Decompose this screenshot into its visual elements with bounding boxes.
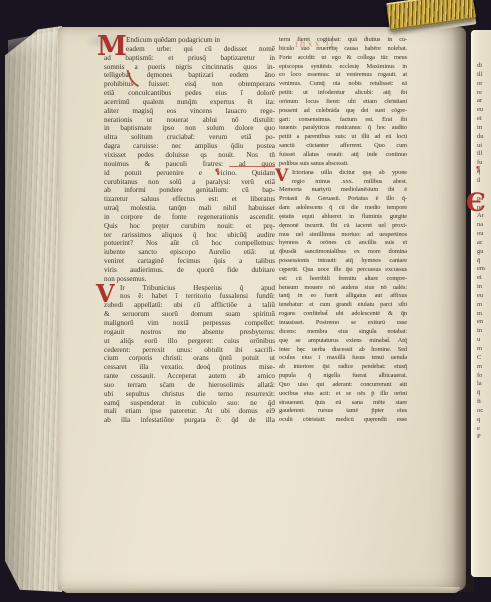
text-line: tizaretur saluus effectus est: et libera… [104,195,275,204]
text-line: veniret cartaginē fecimus q̄uis a talibu… [104,257,275,266]
text-line: non possemus. [104,275,275,284]
text-line: ar [477,97,491,106]
text-line: Memoria martyrū mediolanēsium ibi ē [279,186,407,195]
text-line: sanctū cūctanter afferrent. Quo cum [279,142,407,151]
text-line: ab illa infestatiōne purgata ē: q̄d de i… [104,416,275,425]
text-line: strauerant. q̄uis eū sana mēte stare [279,399,407,408]
red-paragraph-mark: ¶ [215,167,219,176]
text-line: mus uel simillimus mortuo: ad uespertino… [279,231,407,240]
text-line: ubi sepultus christus die terno resurrex… [104,390,275,399]
text-line: potuerint? Nos aūt cū hoc compellemus: [104,239,275,248]
text-line: Quis hoc pręter curubim nouit: et prę- [104,222,275,231]
text-line: episcopus synitēsis ecclesię Maximinus i… [279,63,407,72]
text-line: Forte accidit: ut ego & collega tūc meus [279,54,407,63]
text-line: ęstatis equū ablueret in fluminis gurgit… [279,213,407,222]
text-line: orōnum locus fieret: ubi etiam christian… [279,98,407,107]
text-line: malignorū vim noxiā perpessus compellet: [104,319,275,328]
text-line: oc [477,407,491,416]
text-line: q̄ [477,257,491,266]
facing-page-paragraph-mark: ¶ [476,164,480,173]
text-column-right: terra fieret cogitabat: quā diutius in c… [279,36,407,425]
text-line: viris audierimus. de quorū fide dubitare [104,266,275,275]
text-line: quę se amputaturus exiens minabat̄. Atq̄ [279,337,407,346]
text-line: inuasisset. Postremo se exiturū esse [279,319,407,328]
text-line: in [477,124,491,133]
text-line: Ictoriana uilla dicitur quę ab ypone [292,169,407,178]
text-line: ab interiore q̄si radice pendebat: eiusq… [279,363,407,372]
text-line: zubedi appellatū: ubi cū afflictiōe a ta… [104,301,275,310]
text-line: hymnos & orōnes cū ancillis suis et [279,239,407,248]
text-line: hensum mouere nō audens siue nō ualēs: [279,284,407,293]
text-line: eadem urbe: qui cū dedisset nomē [126,45,275,54]
text-line: nouimus & pauculi fratres: ad quos [104,160,275,169]
text-line: ab informi pondere genitalium: cū bap- [104,186,275,195]
text-line: & seruorum suorū domum suam spirituū [104,310,275,319]
text-line: eu [477,292,491,301]
text-line: tanq̄ in eo fuerit alligatus aut affixus [279,292,407,301]
text-line: il [477,177,491,186]
text-line: oculus eius ī maxillā fusus tenui uenula [279,354,407,363]
text-line: etiā conculcantibus pedes eius ī dolorē [104,89,275,98]
text-line: na [477,221,491,230]
text-line: prohibitus fuisset: eisq̄ non obtemperan… [104,80,275,89]
text-line: dagra caruisse: nec amplius q̄diu postea [104,142,275,151]
turned-page-edges-stack [5,26,62,592]
text-line: ac [477,239,491,248]
text-line: utraq̄ molestia. tanq̄m mali nihil habui… [104,204,275,213]
text-line: dam adolescens q̄ cū die medio tempore [279,204,407,213]
text-line: pupula q̄ nigella fuerat albicauerat. [279,372,407,381]
text-line: C [477,354,491,363]
text-line: terra fieret cogitabat: quā diutius in c… [279,36,407,45]
text-line: cęperūt. Qua uoce ille q̄si percussus ex… [279,266,407,275]
text-line: cessaret illa vexatio. deoq̄ protinus mi… [104,363,275,372]
text-line: nos ē: habet ī territorio fussalensi fun… [120,292,275,301]
text-line: q [477,416,491,425]
text-line: aliter magisq̄ eos vincens lauacro rege- [104,107,275,116]
text-line: vixisset pedes doluisse qs nouit. Nos tn… [104,151,275,160]
text-line: dicens: membra eius singula notabat: [279,328,407,337]
text-line: eo loco essemus: ut veniremus rogauit. a… [279,71,407,80]
text-line: possent ad celebrāda quę dei sunt cōgre- [279,107,407,116]
book-photograph: ihxx ij Endicum quēdam podagricum ineade… [0,0,491,602]
facing-page-line-starts: diillorreareueiinduuiillfuq̄ilpapoArnaou… [477,62,491,451]
text-line: inter hęc uerba discessit ab homine. Sed [279,346,407,355]
text-line: ei [477,115,491,124]
text-line: rante cessauit. Acceperat autem ab amico [104,372,275,381]
text-line: q̄busdā sanctimonialibus ex more domina [279,248,407,257]
text-line: du [477,133,491,142]
text-line: petiit: ut infoderetur alicubi: atq̄ ibi [279,89,407,98]
text-line: dęmonē incurrit. Ibi cū iaceret uel prox… [279,222,407,231]
text-line: est: cū horribili fremitu altare compre- [279,275,407,284]
text-line: cium corporis christi: orans q̄ntū potui… [104,354,275,363]
text-line: uocibus eius acti: et se oēs p̄ illo orō… [279,390,407,399]
text-line: ft [477,398,491,407]
text-line: gu [477,248,491,257]
text-line: Ir Tribunicius Hesperius q̄ apud [120,284,275,293]
text-line: re [477,89,491,98]
text-line: e [477,425,491,434]
text-line: m [477,310,491,319]
text-line: ultra solitum cruciabat̄: verum etiā po- [104,133,275,142]
text-line: oculū cōtristati: medicū quęrendū esse [279,416,407,425]
text-line: mali etiam ipse pateretur. At ubi domus … [104,407,275,416]
lombard-initial-v-column-b: V [275,166,288,186]
text-line: en [477,318,491,327]
text-line: fo [477,372,491,381]
text-line: m [477,301,491,310]
text-line: acerrimū qualem nunq̄m expertus ēt ita: [104,98,275,107]
text-line: regio minus .xxx. milibus abest. [292,178,407,187]
text-line: m [477,345,491,354]
text-line: gari: consensimus. factum est. Erat ibi [279,116,407,125]
text-line: P [477,433,491,442]
text-line: fuisset allatus orauit: atq̄ inde contin… [279,151,407,160]
page-bottom-edge [62,587,460,593]
text-line [477,442,491,451]
text-line: Protasii & Geruasii. Portatus ē illo q̄- [279,195,407,204]
text-line: u [477,336,491,345]
text-line: suo terram sc̄am de hierosolimis allatā: [104,381,275,390]
text-line: cederent: perrexit unus: obtulit ibi sac… [104,346,275,355]
text-line: em [477,265,491,274]
text-line: id potuit peruenire e vicino. Quidam [104,169,275,178]
text-line: eu [477,106,491,115]
text-line: di [477,62,491,71]
text-line: rogans confitebat̄ ubi adolescentē & q̄n [279,310,407,319]
text-line: petiit a parentibus suis: ut illū ad eū … [279,133,407,142]
text-line: ou [477,230,491,239]
text-line: m [477,363,491,372]
text-line: eamq̄ suspenderat in cubiculo suo: ne q̄… [104,399,275,408]
text-line: pedibus suis sanus abscessit. [279,160,407,169]
text-line: tenebatur: et cum grandi eiulatu parci s… [279,301,407,310]
text-line: Quo uiso qui aderant: concurrerant aūt [279,381,407,390]
text-line: ut aliq̄s eorū illo pergeret: cuius orōn… [104,337,275,346]
facing-page-lombard-initial-e: Є [466,188,486,217]
text-line: in [477,283,491,292]
text-line: in corpore de fonte regenerationis ascen… [104,213,275,222]
text-line: ill [477,150,491,159]
text-line: iubente sancto episcopo Aurelio etiā: ut [104,248,275,257]
text-line: la [477,380,491,389]
text-line: iuuenis paralyticus rusticanus: q̄ hoc a… [279,124,407,133]
text-line: ill [477,71,491,80]
text-line: gauderent: rursus tamē p̄pter eius [279,407,407,416]
text-line: in baptismate ipso non solum dolore quo [104,124,275,133]
text-line: rogauit nostros me absente presbyteros: [104,328,275,337]
text-line: venimus. Cumq̄ oīa nobis retulisset: eā [279,80,407,89]
text-column-left: Endicum quēdam podagricum ineadem urbe: … [104,36,275,425]
text-line: Endicum quēdam podagricum in [126,36,275,45]
text-line: q̄ [477,389,491,398]
lombard-initial-v-column-a: V [96,279,115,308]
text-line: biculo suo reuerētię causa habēre noleba… [279,45,407,54]
text-line: possessionis intrauit: atq̄ hymnos canta… [279,257,407,266]
text-line: in [477,327,491,336]
text-line: ad baptismū: et priusq̄ baptizaretur in [104,54,275,63]
text-line: ei [477,274,491,283]
text-line: curubitanus non solū a paralysi: verū et… [104,178,275,187]
text-line: nerationis ut nouerat ablui nō distulit: [104,116,275,125]
text-line: or [477,80,491,89]
text-line: ter rarissimos aliquos q̄ hoc ubicūq̄ au… [104,231,275,240]
text-line: ui [477,142,491,151]
lombard-initial-m: M [97,31,127,62]
